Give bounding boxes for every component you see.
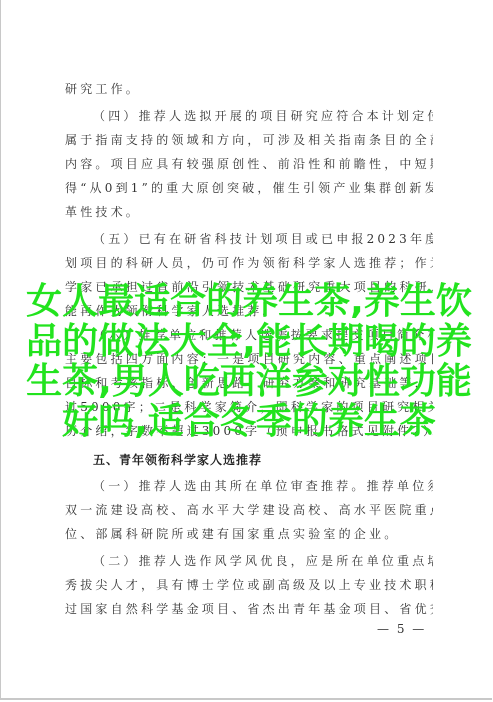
text-line: 研究工作。 [65, 82, 433, 96]
text-line: （四）推荐人选拟开展的项目研究应符合本计划定位要求， [93, 109, 433, 123]
text-line: 位、部属科研院所或建有国家重点实验室的企业。 [65, 527, 433, 541]
text-line: （五）已有在研省科技计划项目或已申报2023年度省科技计 [93, 232, 433, 246]
section-heading: 五、青年领衔科学家人选推荐 [93, 453, 461, 467]
watermark-overlay-title: 女人最适合的养生茶,养生饮品的做法大全,能长期喝的养生茶,男人吃西洋参对性功能好… [9, 282, 489, 442]
text-line: 划项目的科研人员，仍可作为领衔科学家人选推荐；作为领衔科 [65, 256, 433, 270]
text-line: 革性技术。 [65, 205, 433, 219]
text-line: 双一流建设高校、高水平大学建设高校、高水平医院重点建设单 [65, 503, 433, 517]
page-number: — 5 — [377, 622, 426, 636]
text-line: （二）推荐人选作风学风优良，应是所在单位重点培养的优 [93, 554, 433, 568]
text-line: 过国家自然科学基金项目、省杰出青年基金项目、省优秀青年基 [65, 602, 433, 616]
text-line: 属于指南支持的领域和方向，可涉及相关指南条目的全部或部分 [65, 133, 433, 147]
text-line: 秀拔尖人才，具有博士学位或副高级及以上专业技术职称，承担 [65, 578, 433, 592]
text-line: 内容。项目应具有较强原创性、前沿性和前瞻性，中短期有望取 [65, 157, 433, 171]
text-line: （一）推荐人选由其所在单位审查推荐。推荐单位须是省内 [93, 479, 433, 493]
document-page: 研究工作。（四）推荐人选拟开展的项目研究应符合本计划定位要求，属于指南支持的领域… [0, 0, 492, 700]
text-line: 得“从0到1”的重大原创突破，催生引领产业集群创新发展的变 [65, 181, 433, 195]
